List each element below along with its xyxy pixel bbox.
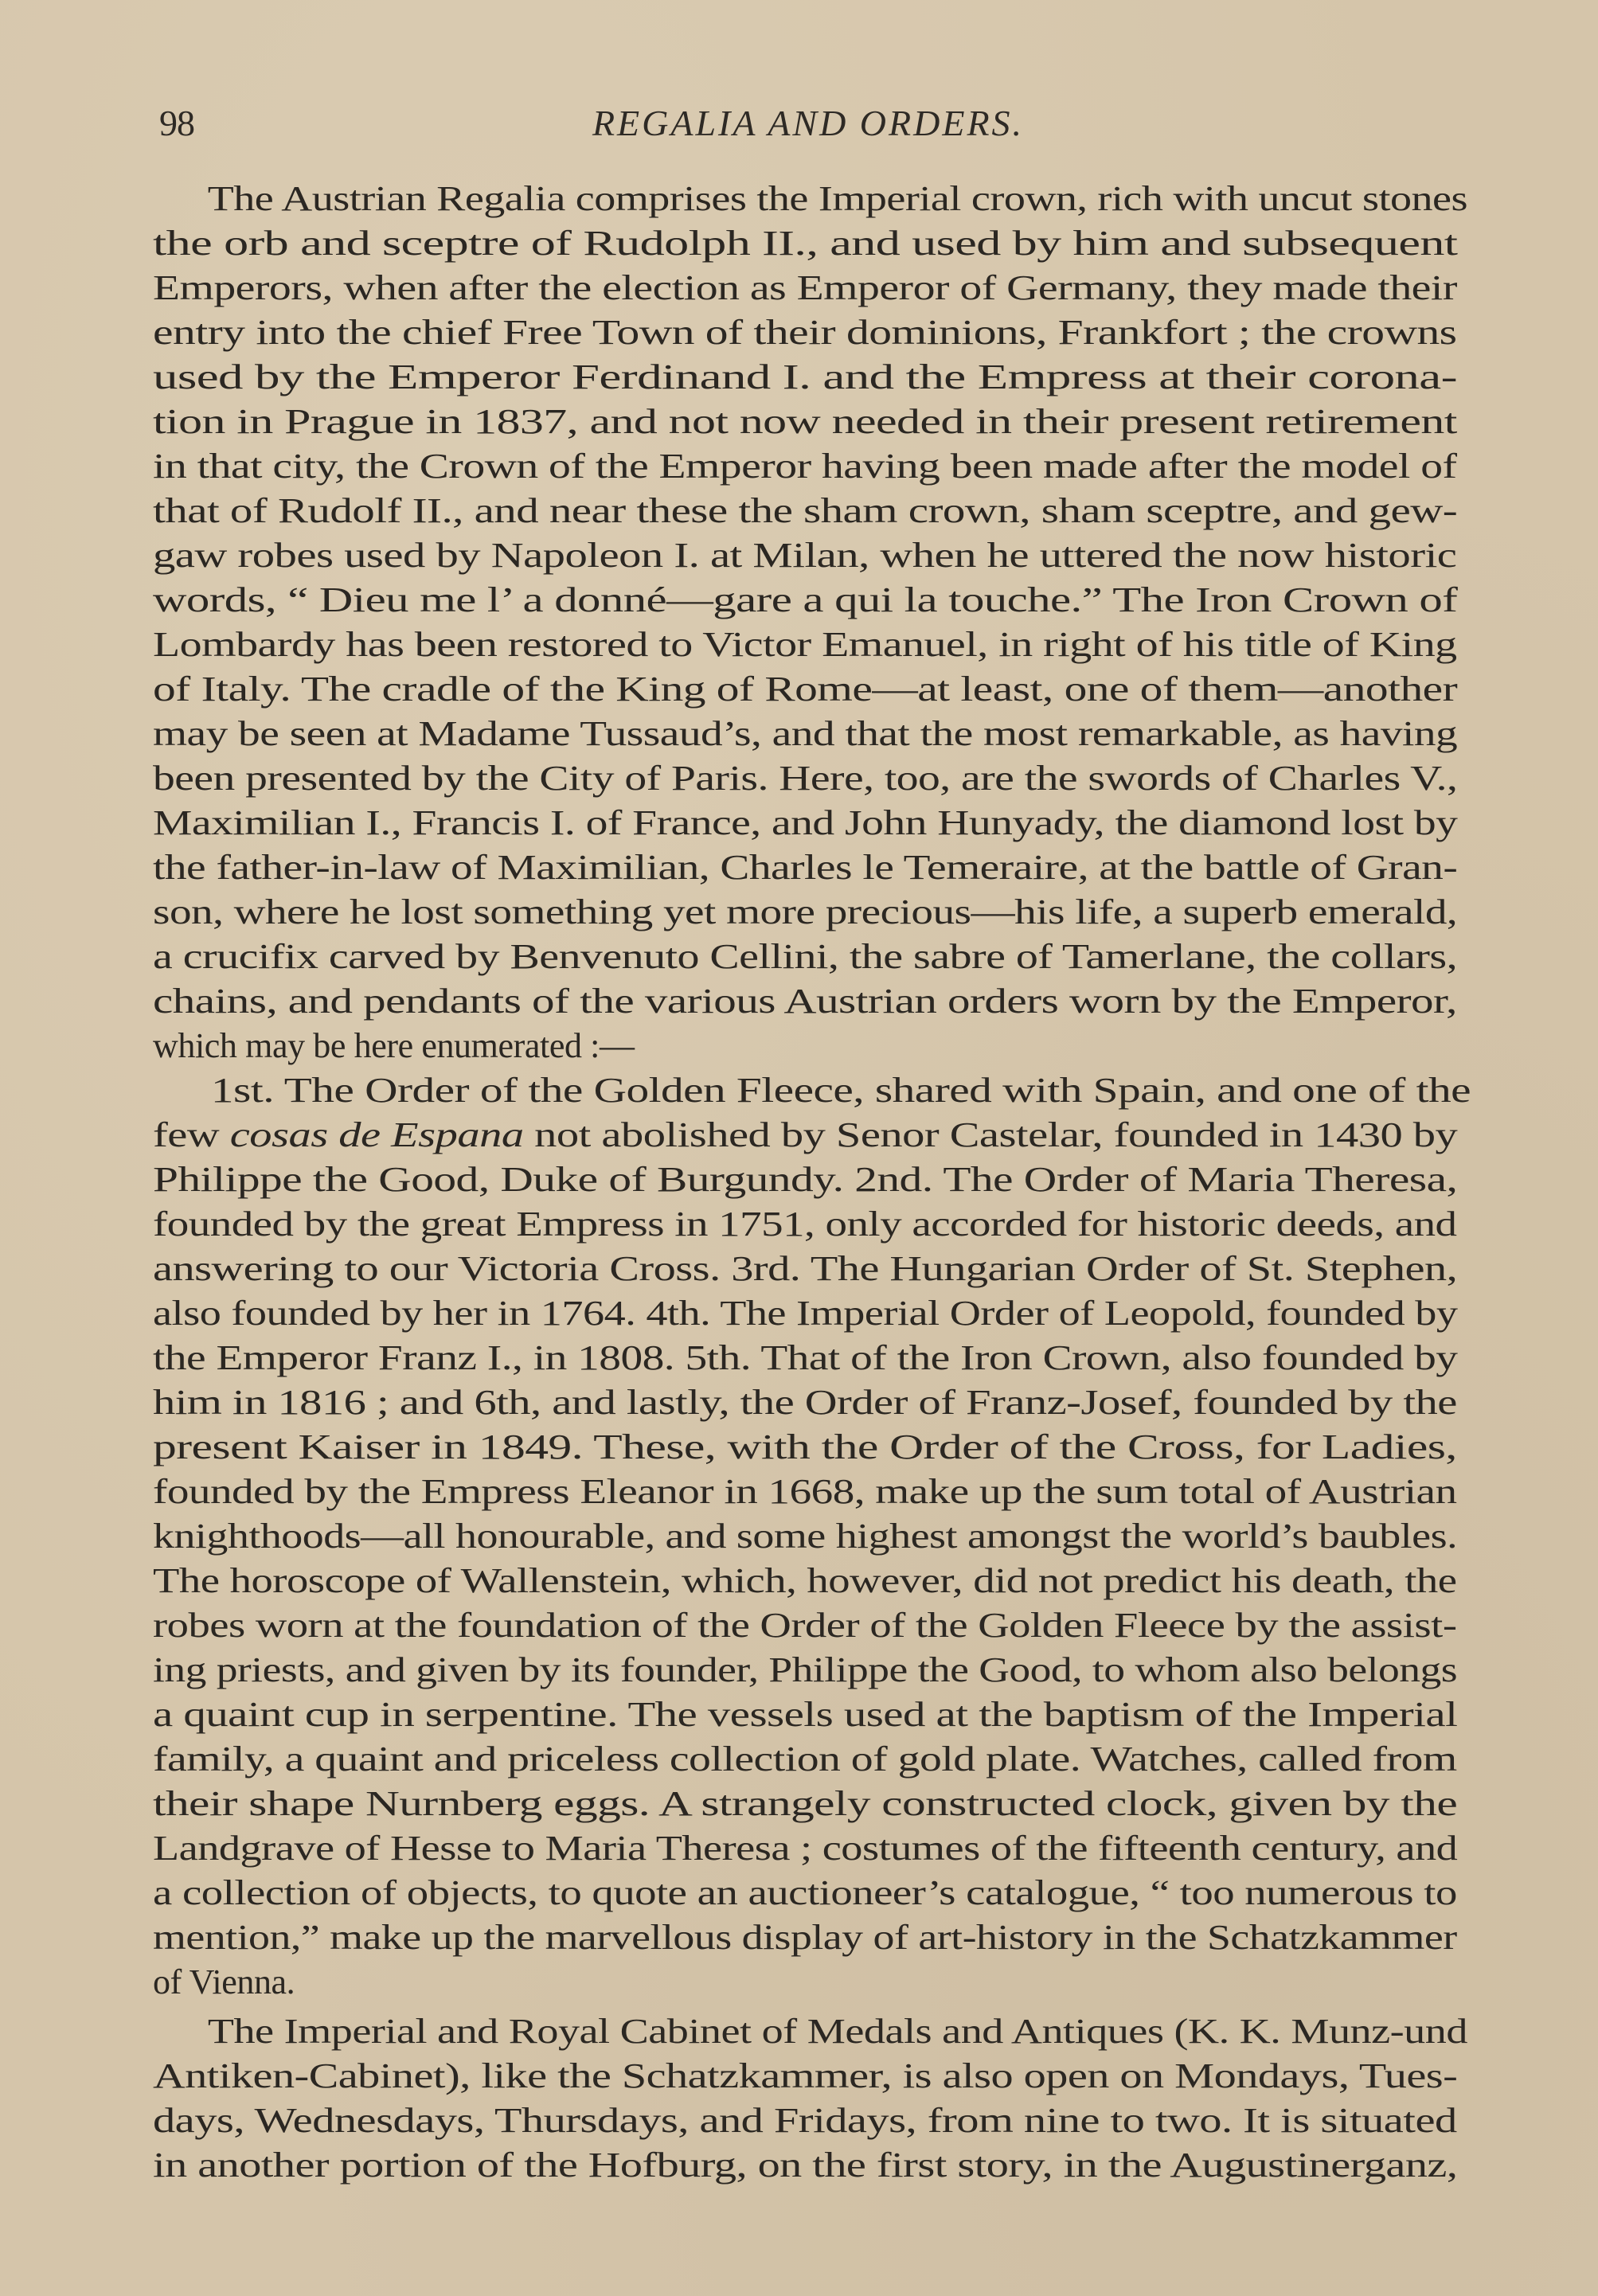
- text-line: son, where he lost something yet more pr…: [153, 890, 1457, 935]
- paragraph-cabinet: The Imperial and Royal Cabinet of Medals…: [153, 2009, 1457, 2188]
- text-line: of Vienna.: [153, 1960, 295, 2005]
- text-line: chains, and pendants of the various Aust…: [153, 979, 1457, 1024]
- text-line: the orb and sceptre of Rudolph II., and …: [153, 221, 1457, 266]
- italic-phrase: cosas de Espana: [230, 1115, 524, 1154]
- text-line: The Austrian Regalia comprises the Imper…: [153, 177, 1522, 221]
- text-line: mention,” make up the marvellous display…: [153, 1915, 1457, 1960]
- text-line: a collection of objects, to quote an auc…: [153, 1871, 1457, 1915]
- text-line: founded by the Empress Eleanor in 1668, …: [153, 1470, 1457, 1514]
- text-line: 1st. The Order of the Golden Fleece, sha…: [153, 1068, 1529, 1113]
- text-line: ing priests, and given by its founder, P…: [153, 1648, 1457, 1693]
- text-line: gaw robes used by Napoleon I. at Milan, …: [153, 533, 1457, 578]
- text-line: tion in Prague in 1837, and not now need…: [153, 400, 1457, 444]
- paragraph-regalia: The Austrian Regalia comprises the Imper…: [153, 177, 1457, 1068]
- text-line: the Emperor Franz I., in 1808. 5th. That…: [153, 1336, 1457, 1380]
- text-line: in that city, the Crown of the Emperor h…: [153, 444, 1457, 489]
- text-segment: few: [153, 1115, 230, 1154]
- text-line: answering to our Victoria Cross. 3rd. Th…: [153, 1247, 1457, 1291]
- text-line: Philippe the Good, Duke of Burgundy. 2nd…: [153, 1158, 1457, 1202]
- text-line: entry into the chief Free Town of their …: [153, 310, 1457, 355]
- text-line: their shape Nurnberg eggs. A strangely c…: [153, 1782, 1457, 1826]
- book-page: 98 REGALIA AND ORDERS. The Austrian Rega…: [0, 0, 1598, 2296]
- text-line: which may be here enumerated :—: [153, 1024, 635, 1068]
- text-line: Landgrave of Hesse to Maria Theresa ; co…: [153, 1826, 1457, 1871]
- text-line: also founded by her in 1764. 4th. The Im…: [153, 1291, 1457, 1336]
- text-segment: not abolished by Senor Castelar, founded…: [524, 1115, 1458, 1154]
- text-line: The Imperial and Royal Cabinet of Medals…: [153, 2009, 1522, 2054]
- text-line: a quaint cup in serpentine. The vessels …: [153, 1693, 1457, 1737]
- text-line: may be seen at Madame Tussaud’s, and tha…: [153, 712, 1457, 756]
- text-line: Lombardy has been restored to Victor Ema…: [153, 623, 1457, 667]
- text-line: founded by the great Empress in 1751, on…: [153, 1202, 1457, 1247]
- text-line: family, a quaint and priceless collectio…: [153, 1737, 1457, 1782]
- paragraph-orders: 1st. The Order of the Golden Fleece, sha…: [153, 1068, 1457, 2005]
- body-text: The Austrian Regalia comprises the Imper…: [153, 177, 1457, 2188]
- text-line: that of Rudolf II., and near these the s…: [153, 489, 1457, 533]
- text-line: the father-in-law of Maximilian, Charles…: [153, 845, 1457, 890]
- text-line: Maximilian I., Francis I. of France, and…: [153, 801, 1457, 845]
- text-line: words, “ Dieu me l’ a donné—gare a qui l…: [153, 578, 1457, 623]
- text-line: him in 1816 ; and 6th, and lastly, the O…: [153, 1380, 1457, 1425]
- text-line: Emperors, when after the election as Emp…: [153, 266, 1457, 310]
- text-line: The horoscope of Wallenstein, which, how…: [153, 1559, 1457, 1603]
- text-line: of Italy. The cradle of the King of Rome…: [153, 667, 1457, 712]
- text-line-italic-phrase: few cosas de Espana not abolished by Sen…: [153, 1113, 1457, 1158]
- running-title: REGALIA AND ORDERS.: [159, 102, 1457, 144]
- text-line: in another portion of the Hofburg, on th…: [153, 2143, 1457, 2188]
- text-line: present Kaiser in 1849. These, with the …: [153, 1425, 1457, 1470]
- text-line: knighthoods—all honourable, and some hig…: [153, 1514, 1457, 1559]
- text-line: days, Wednesdays, Thursdays, and Fridays…: [153, 2099, 1457, 2143]
- running-head: 98 REGALIA AND ORDERS.: [159, 96, 1457, 143]
- text-line: used by the Emperor Ferdinand I. and the…: [153, 355, 1457, 400]
- text-line: been presented by the City of Paris. Her…: [153, 756, 1457, 801]
- text-line: Antiken-Cabinet), like the Schatzkammer,…: [153, 2054, 1457, 2099]
- text-line: a crucifix carved by Benvenuto Cellini, …: [153, 935, 1457, 979]
- text-line: robes worn at the foundation of the Orde…: [153, 1603, 1457, 1648]
